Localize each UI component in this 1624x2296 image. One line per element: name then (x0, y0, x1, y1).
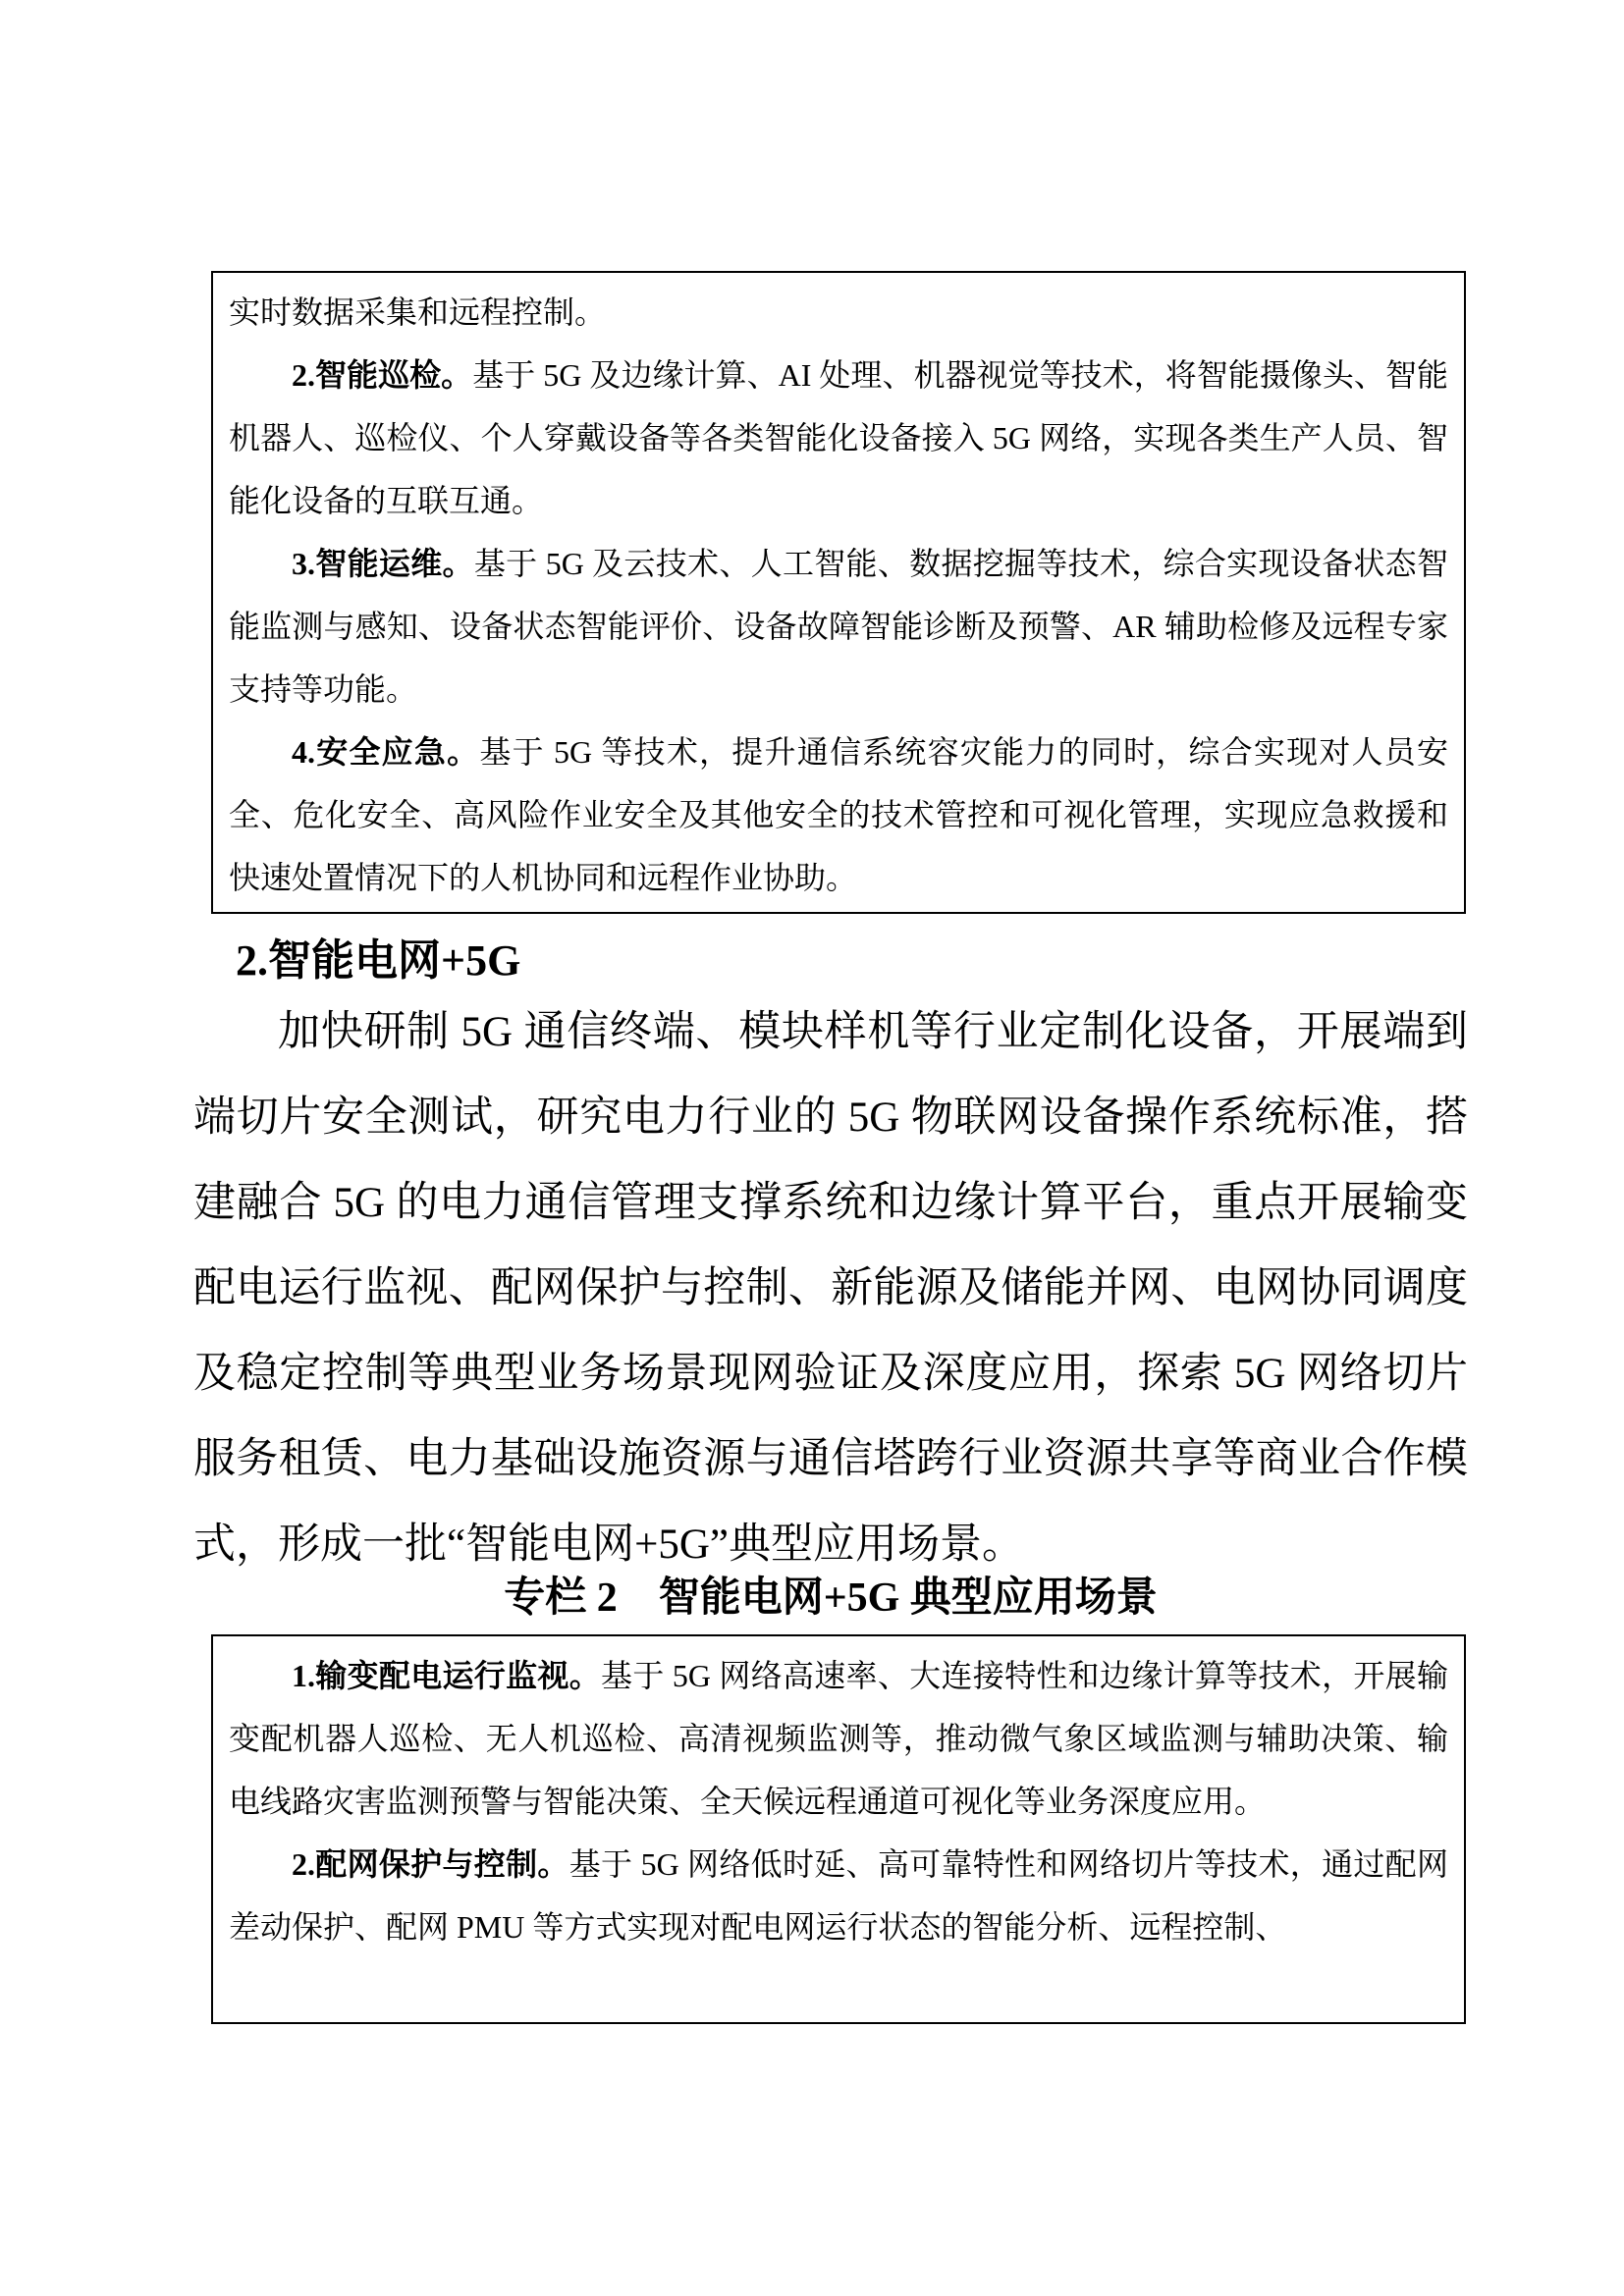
paragraph-text: 实时数据采集和远程控制。 (229, 294, 606, 330)
paragraph-label: 2.配网保护与控制。 (292, 1846, 569, 1882)
callout-box-top: 实时数据采集和远程控制。 2.智能巡检。基于 5G 及边缘计算、AI 处理、机器… (211, 271, 1466, 914)
section-heading-smart-grid-5g: 2.智能电网+5G (236, 935, 520, 987)
callout-box-bottom: 1.输变配电运行监视。基于 5G 网络高速率、大连接特性和边缘计算等技术，开展输… (211, 1634, 1466, 2024)
box1-paragraph-smart-maintenance: 3.智能运维。基于 5G 及云技术、人工智能、数据挖掘等技术，综合实现设备状态智… (229, 532, 1448, 721)
column-2-heading: 专栏 2 智能电网+5G 典型应用场景 (193, 1571, 1468, 1626)
paragraph-label: 3.智能运维。 (292, 546, 474, 581)
body-paragraph: 加快研制 5G 通信终端、模块样机等行业定制化设备，开展端到端切片安全测试，研究… (193, 989, 1468, 1587)
box1-paragraph-smart-inspection: 2.智能巡检。基于 5G 及边缘计算、AI 处理、机器视觉等技术，将智能摄像头、… (229, 344, 1448, 532)
paragraph-label: 1.输变配电运行监视。 (292, 1658, 601, 1693)
box1-paragraph-safety-emergency: 4.安全应急。基于 5G 等技术，提升通信系统容灾能力的同时，综合实现对人员安全… (229, 721, 1448, 909)
box2-paragraph-distribution-protection: 2.配网保护与控制。基于 5G 网络低时延、高可靠特性和网络切片等技术，通过配网… (229, 1833, 1448, 1958)
box2-paragraph-grid-monitoring: 1.输变配电运行监视。基于 5G 网络高速率、大连接特性和边缘计算等技术，开展输… (229, 1644, 1448, 1833)
box1-paragraph-continuation: 实时数据采集和远程控制。 (229, 281, 1448, 344)
paragraph-label: 2.智能巡检。 (292, 357, 472, 393)
document-page: 实时数据采集和远程控制。 2.智能巡检。基于 5G 及边缘计算、AI 处理、机器… (0, 0, 1624, 2296)
paragraph-label: 4.安全应急。 (292, 734, 479, 770)
